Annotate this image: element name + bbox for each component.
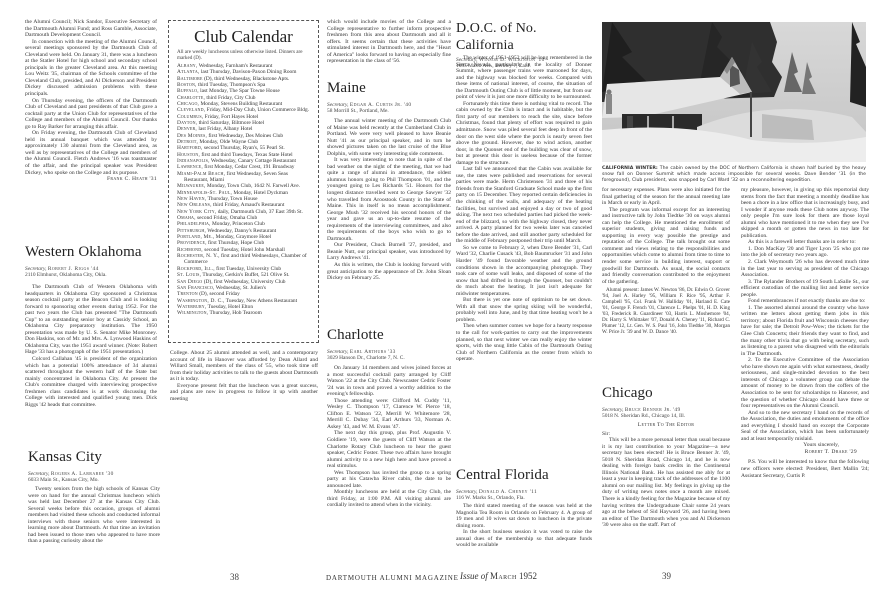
- cleveland-column: the Alumni Council; Nick Sandor, Executi…: [25, 19, 157, 183]
- central-florida-continued: for necessary expenses. Plans were also …: [602, 187, 730, 335]
- secretary-label: Secretary,: [327, 349, 349, 355]
- charlotte-header: Charlotte Secretary, Earl Arthurs '33 30…: [327, 327, 451, 362]
- calendar-city: Dayton,: [177, 120, 197, 126]
- calendar-city: Cleveland,: [177, 107, 205, 113]
- secretary-name: Donald A. Cheney '11: [479, 489, 537, 495]
- calendar-details: Thursday, Gerkin's Buffet, 521 Olive St.: [202, 272, 289, 278]
- section-title: Charlotte: [327, 327, 451, 344]
- calendar-entry: Wilmington, Thursday, Hob Tearoom: [177, 310, 310, 316]
- calendar-details: (D), first Wednesday, University Club: [204, 279, 286, 285]
- paragraph: In connection with the meeting of the Al…: [25, 39, 157, 98]
- calendar-city: Washington, D. C.,: [177, 298, 225, 304]
- paragraph: 1. Don MacKay '20 and Tiger Lyon '25 who…: [741, 246, 869, 259]
- calendar-details: Thursday, Hob Tearoom: [210, 310, 262, 316]
- paragraph: Then when summer comes we hope for a hea…: [456, 323, 592, 362]
- paragraph: On Friday evening, the Dartmouth Club of…: [25, 130, 157, 176]
- calendar-details: first and third Tuesdays, Texas State Ho…: [201, 152, 292, 158]
- calendar-city: Trenton: [177, 291, 198, 297]
- calendar-entry: Miami-Palm Beach, first Wednesday, Seven…: [177, 171, 310, 184]
- postscript: P.S. You will be interested to know that…: [741, 459, 869, 479]
- page-number-left: 38: [230, 572, 239, 582]
- paragraph: The Dartmouth Club of Western Oklahoma w…: [25, 284, 157, 356]
- calendar-details: Thursday, Town House: [208, 196, 258, 202]
- secretary-label: Secretary,: [327, 102, 349, 108]
- calendar-city: Chicago,: [177, 101, 199, 107]
- paragraph: Last fall we announced that the Cabin wa…: [456, 166, 592, 245]
- paragraph: The program was informal except for an i…: [602, 207, 730, 286]
- chicago-body-1: Letter To The Editor Sir: This will be a…: [602, 422, 730, 529]
- club-calendar-box: Club Calendar All are weekly luncheons u…: [168, 20, 319, 343]
- calendar-city: Rockford, Ill.,: [177, 266, 215, 272]
- secretary-address: 5018 N. Sheridan Rd., Chicago 14, Ill.: [602, 413, 730, 419]
- paragraph: The third stated meeting of the season w…: [456, 503, 592, 529]
- paragraph: The annual winter meeting of the Dartmou…: [327, 118, 451, 157]
- calendar-city: Albany,: [177, 63, 197, 69]
- calendar-city: Lawrence,: [177, 164, 203, 170]
- calendar-intro: All are weekly luncheons unless otherwis…: [177, 50, 310, 62]
- paragraph: Colcord Callahan '45 is president of the…: [25, 356, 157, 408]
- calendar-details: Monday, Town Club, 1642 N. Farwell Ave.: [207, 183, 300, 189]
- calendar-city: Houston,: [177, 152, 200, 158]
- calendar-details: first Wednesday, Des Moines Club: [208, 133, 283, 139]
- calendar-details: last Friday, Albany Hotel: [198, 126, 252, 132]
- calendar-entries: Albany, Wednesday, Farnham's RestaurantA…: [177, 63, 310, 317]
- photo-caption: CALIFORNIA WINTER: The cabin owned by th…: [602, 166, 866, 183]
- calendar-details: first Monday, Cedar Crest, 191 Broadway: [204, 164, 294, 170]
- calendar-city: Wilmington,: [177, 310, 208, 316]
- secretary-address: 116 W. Marks St., Orlando, Fla.: [456, 495, 592, 501]
- charlotte-body: On January 14 members and wives joined f…: [327, 365, 451, 509]
- calendar-title: Club Calendar: [177, 27, 310, 47]
- calendar-city: New York City,: [177, 209, 216, 215]
- paragraph: Wes Thompson has invited the group to a …: [327, 470, 451, 490]
- secretary-address: 3029 Hanson Dr., Charlotte 7, N. C.: [327, 355, 451, 361]
- calendar-city: New Orleans,: [177, 202, 212, 208]
- paragraph: Our President, Chuck Burnell '27, presid…: [327, 242, 451, 262]
- paragraph: the Alumni Council; Nick Sandor, Executi…: [25, 19, 157, 39]
- calendar-city: Buffalo,: [177, 88, 199, 94]
- calendar-city: San Francisco,: [177, 285, 215, 291]
- calendar-city: Minneapolis-St. Paul,: [177, 190, 232, 196]
- calendar-city: New Haven,: [177, 196, 206, 202]
- calendar-city: Hartford,: [177, 145, 202, 151]
- letter-heading: Letter To The Editor: [602, 422, 730, 429]
- calendar-details: second Tuesday, Hotel John Marshall: [204, 247, 285, 253]
- section-title: Chicago: [602, 385, 730, 402]
- paragraph: In the short business session it was vot…: [456, 529, 592, 549]
- secretary-name: Earl Arthurs '33: [350, 349, 396, 355]
- calendar-details: third Saturday, Biltmore Hotel: [199, 120, 265, 126]
- paragraph: 3. The Rylander Brothers of 19 South LaS…: [741, 279, 869, 299]
- calendar-city: Des Moines,: [177, 133, 207, 139]
- secretary-name: Edgar A. Curtis Jr. '40: [350, 102, 412, 108]
- paragraph: Twenty seniors from the high schools of …: [28, 486, 160, 545]
- calendar-city: San Diego: [177, 279, 202, 285]
- calendar-details: first Tuesday, University Club: [216, 266, 281, 272]
- paragraph: which would include movies of the Colleg…: [327, 19, 451, 65]
- alumni-roster: Alumni present: James W. Newton '86, Dr.…: [602, 288, 730, 335]
- secretary-name: Bruce Benner Jr. '49: [625, 407, 681, 413]
- calendar-details: second Friday, Omaha Club: [197, 215, 257, 221]
- paragraph: On January 14 members and wives joined f…: [327, 365, 451, 398]
- secretary-label: Secretary,: [28, 471, 50, 477]
- central-florida-header: Central Florida Secretary, Donald A. Che…: [456, 467, 592, 502]
- calendar-city: Denver,: [177, 126, 197, 132]
- calendar-city: St. Louis,: [177, 272, 201, 278]
- calendar-city: Charlotte,: [177, 95, 205, 101]
- paragraph: my pleasure, however, in giving up this …: [741, 187, 869, 239]
- secretary-address: 2110 Elmhurst, Oklahoma City, Okla.: [25, 272, 157, 278]
- calendar-details: Wednesday, Farnham's Restaurant: [199, 63, 273, 69]
- signature: Frank C. Heath '31: [25, 176, 157, 183]
- paragraph: As this is a farewell letter thanks are …: [741, 239, 869, 246]
- page-number-right: 39: [662, 571, 671, 581]
- secretary-label: Secretary,: [602, 407, 624, 413]
- calendar-details: Monday, Stevens Building Restaurant: [200, 101, 282, 107]
- calendar-details: third Tuesday, Thompson's Spa: [198, 82, 265, 88]
- calendar-city: Columbus,: [177, 114, 203, 120]
- calendar-city: Omaha,: [177, 215, 196, 221]
- paragraph: And so to the new secretary I hand on th…: [741, 410, 869, 443]
- section-title: Kansas City: [28, 449, 160, 466]
- snow-cabin-illustration: [602, 22, 866, 162]
- secretary-name: Robert J. Riggs '44: [48, 266, 99, 272]
- western-oklahoma-body: The Dartmouth Club of Western Oklahoma w…: [25, 284, 157, 408]
- signature: Robert T. Drake '29: [741, 449, 869, 456]
- calendar-details: (D), third Wednesday, Blackstone Apts.: [204, 76, 289, 82]
- kansas-city-body: Twenty seniors from the high schools of …: [28, 486, 160, 545]
- heart-of-america-continued: which would include movies of the Colleg…: [327, 19, 451, 65]
- paragraph: The next day this group, plus Prof. Augu…: [327, 430, 451, 469]
- calendar-entry: Rochester, N. Y., first and third Wednes…: [177, 253, 310, 266]
- calendar-details: last Monday, The Spar Towne House: [200, 88, 280, 94]
- secretary-address: 58 Morrill St., Portland, Me.: [327, 108, 451, 114]
- paragraph: The winter of 1951-1952 will be long rem…: [456, 55, 592, 101]
- calendar-city: Pittsburgh,: [177, 228, 206, 234]
- calendar-city: Milwaukee,: [177, 183, 206, 189]
- calendar-details: Friday, Mid-Day Club, Union Commerce Bld…: [207, 107, 309, 113]
- calendar-details: last Thursday, Davison-Paxon Dining Room: [201, 69, 297, 75]
- paragraph: for necessary expenses. Plans were also …: [602, 187, 730, 207]
- paragraph: College. About 25 alumni attended as wel…: [170, 350, 318, 383]
- section-title: Western Oklahoma: [25, 244, 157, 261]
- calendar-details: Friday, Fort Hayes Hotel: [205, 114, 259, 120]
- calendar-city: Atlanta,: [177, 69, 200, 75]
- secretary-address: 6033 Main St., Kansas City, Mo.: [28, 477, 160, 483]
- section-title: D.O.C. of No. California: [456, 20, 592, 54]
- chicago-header: Chicago Secretary, Bruce Benner Jr. '49 …: [602, 385, 730, 420]
- paragraph: Everyone present felt that the luncheon …: [170, 383, 318, 403]
- paragraph: Those attending were: Clifford M. Cuddy …: [327, 398, 451, 431]
- north-california-body: The winter of 1951-1952 will be long rem…: [456, 55, 592, 363]
- paragraph: It was very interesting to note that in …: [327, 157, 451, 242]
- paragraph: This will be a more personal letter than…: [602, 437, 730, 529]
- kansas-city-header: Kansas City Secretary, Rogers A. Larrabe…: [28, 449, 160, 484]
- paragraph: Fond remembrances if not exactly thanks …: [741, 298, 869, 305]
- calendar-city: Boston,: [177, 82, 197, 88]
- calendar-details: third Friday, City Club: [206, 95, 255, 101]
- magazine-footer-title: DARTMOUTH ALUMNI MAGAZINE: [326, 574, 459, 582]
- paragraph: So we come to February 2, when Dave Bend…: [456, 245, 592, 297]
- calendar-details: second Thursday, Ryan's, 55 Pearl St.: [204, 145, 285, 151]
- paragraph: Fortunately this time there is nothing v…: [456, 101, 592, 166]
- calendar-details: Monday, Olde Wayne Club: [199, 139, 258, 145]
- cabin-photo: [602, 22, 866, 162]
- calendar-city: Detroit,: [177, 139, 198, 145]
- calendar-details: (D), second Friday: [199, 291, 240, 297]
- calendar-city: Baltimore: [177, 76, 203, 82]
- calendar-details: Monday, Hotel Dyckman: [233, 190, 288, 196]
- calendar-details: third Friday, Arnaud's Restaurant: [213, 202, 284, 208]
- calendar-details: Tuesday, Hotel Elton: [208, 304, 253, 310]
- western-oklahoma-header: Western Oklahoma Secretary, Robert J. Ri…: [25, 244, 157, 279]
- secretary-label: Secretary,: [456, 489, 478, 495]
- kansas-city-continued: College. About 25 alumni attended as wel…: [170, 350, 318, 402]
- calendar-details: Tuesday, New Athens Restaurant: [226, 298, 297, 304]
- calendar-details: Monday, Princeton Club: [212, 221, 265, 227]
- calendar-city: Philadelphia,: [177, 221, 211, 227]
- chicago-body-2: my pleasure, however, in giving up this …: [741, 187, 869, 479]
- paragraph: 2. Clark Weymouth '26 who has devoted mu…: [741, 259, 869, 279]
- secretary-name: Rogers A. Larrabee '30: [51, 471, 114, 477]
- paragraph: As this is written, the Club is looking …: [327, 262, 451, 282]
- maine-body: The annual winter meeting of the Dartmou…: [327, 118, 451, 282]
- calendar-city: Rochester, N. Y.,: [177, 253, 220, 259]
- calendar-city: Providence,: [177, 240, 207, 246]
- calendar-details: first Thursday, Hope Club: [208, 240, 264, 246]
- paragraph: But there is yet one note of optimism to…: [456, 297, 592, 323]
- paragraph: 1. The assorted alumni around the countr…: [741, 305, 869, 357]
- section-title: Central Florida: [456, 467, 592, 484]
- secretary-label: Secretary,: [25, 266, 47, 272]
- section-title: Maine: [327, 80, 451, 97]
- calendar-details: Wednesday, Danny's Restaurant: [207, 228, 276, 234]
- calendar-details: daily, Dartmouth Club, 37 East 39th St.: [218, 209, 303, 215]
- central-florida-body: The third stated meeting of the season w…: [456, 503, 592, 549]
- calendar-city: Waterbury,: [177, 304, 206, 310]
- paragraph: 2. To the Executive Committee of the Ass…: [741, 357, 869, 409]
- calendar-city: Richmond,: [177, 247, 203, 253]
- calendar-city: Miami-Palm Beach,: [177, 171, 225, 177]
- calendar-details: Wednesday, St. Julien's: [216, 285, 266, 291]
- paragraph: Monthly luncheons are held at the City C…: [327, 489, 451, 509]
- issue-line: Issue of March 1952: [460, 571, 537, 581]
- caption-lead: CALIFORNIA WINTER:: [602, 166, 658, 171]
- paragraph: On Thursday evening, the officers of the…: [25, 98, 157, 131]
- maine-header: Maine Secretary, Edgar A. Curtis Jr. '40…: [327, 80, 451, 115]
